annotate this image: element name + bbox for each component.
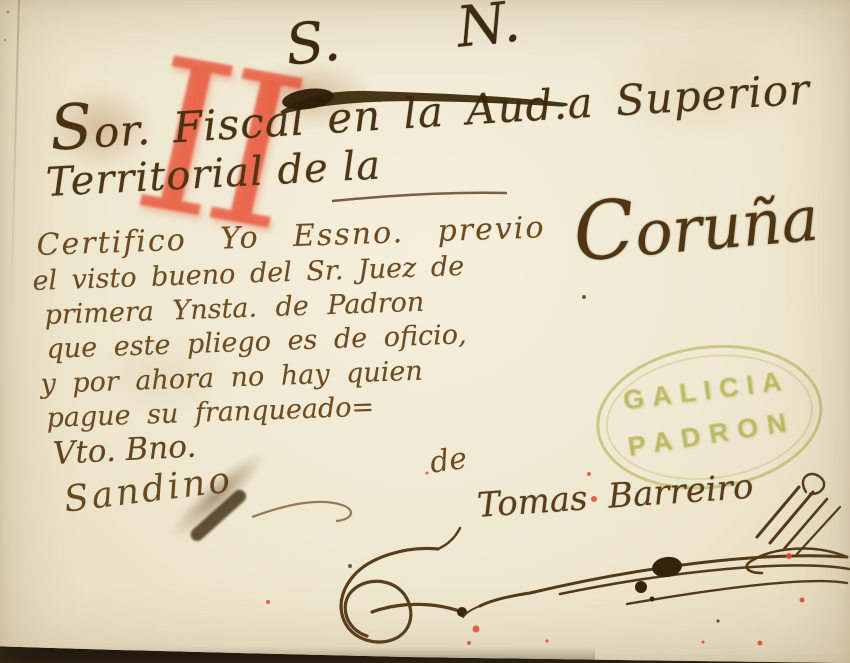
paper-fold-line: [10, 0, 20, 320]
certification-line-1: Certifico Yo Essno. previo: [36, 210, 546, 263]
destination-city: Coruña: [570, 171, 821, 276]
envelope-paper: II GALICIA PADRON S. N. Sor. Fiscal en l…: [0, 0, 850, 663]
address-dash: [332, 193, 507, 201]
notation-de: de: [428, 443, 469, 479]
cover-photograph: II GALICIA PADRON S. N. Sor. Fiscal en l…: [0, 0, 850, 663]
signature-loop-flourish: [341, 528, 467, 642]
left-signature-flourish: [252, 502, 351, 521]
paper-bottom-edge-shadow: [0, 647, 595, 663]
service-mark: S. N.: [283, 0, 523, 76]
signature-right: Tomas Barreiro: [476, 470, 755, 525]
